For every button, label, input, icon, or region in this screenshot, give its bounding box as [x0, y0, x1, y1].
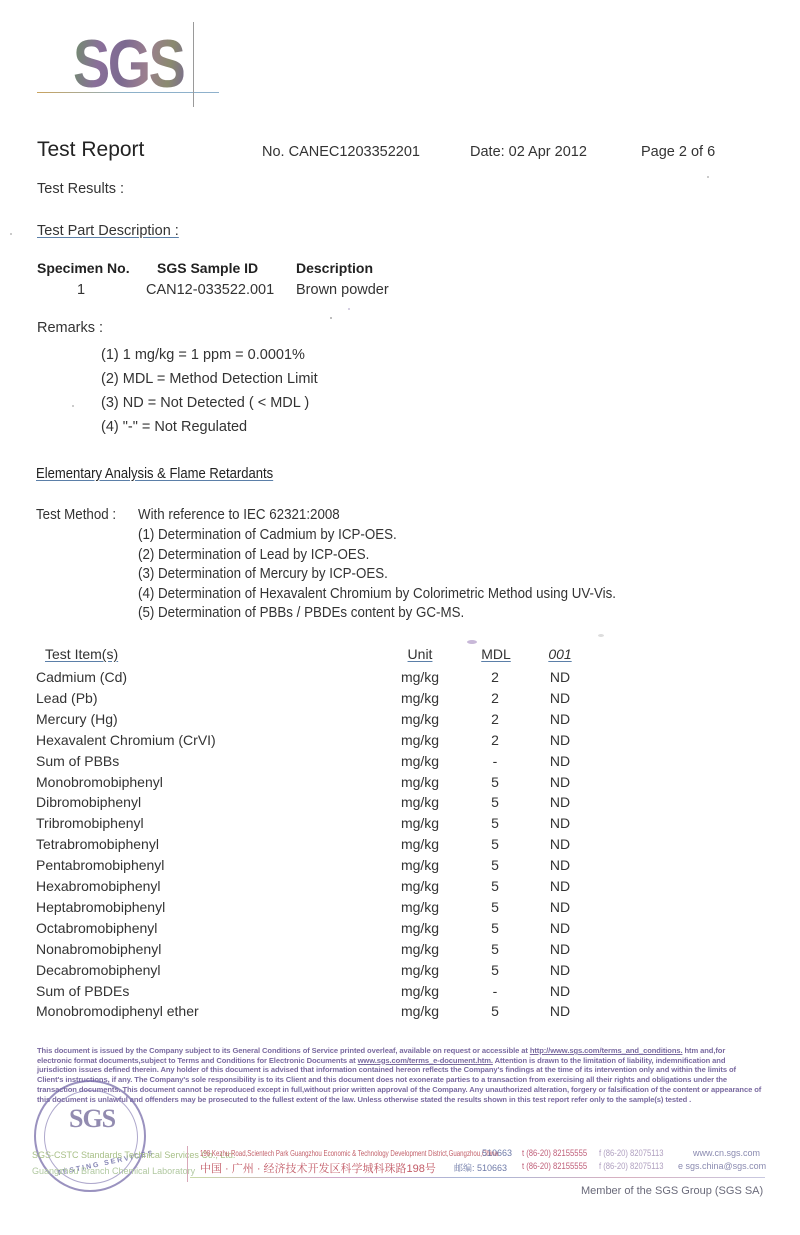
result-cell: ND [543, 711, 577, 727]
result-cell: ND [543, 815, 577, 831]
test-item-name: Dibromobiphenyl [36, 794, 141, 810]
terms-link[interactable]: http://www.sgs.com/terms_and_conditions. [530, 1046, 683, 1055]
address-english: 198 Kezhu Road,Scientech Park Guangzhou … [200, 1148, 498, 1158]
result-cell: ND [543, 669, 577, 685]
result-cell: ND [543, 899, 577, 915]
telephone: t (86-20) 82155555 [522, 1148, 587, 1158]
unit-cell: mg/kg [394, 1003, 446, 1019]
result-cell: ND [543, 794, 577, 810]
telephone-cn: t (86-20) 82155555 [522, 1161, 587, 1171]
remarks-label: Remarks : [37, 320, 103, 336]
specimen-no-value: 1 [77, 282, 85, 298]
test-method-item: (4) Determination of Hexavalent Chromium… [138, 586, 616, 602]
test-item-name: Lead (Pb) [36, 690, 97, 706]
sgs-group-membership: Member of the SGS Group (SGS SA) [581, 1185, 763, 1197]
result-cell: ND [543, 836, 577, 852]
table-row: Tetrabromobiphenylmg/kg5ND [0, 836, 800, 857]
test-item-name: Octabromobiphenyl [36, 920, 157, 936]
mdl-cell: 5 [480, 920, 510, 936]
test-item-name: Decabromobiphenyl [36, 962, 161, 978]
mdl-cell: 5 [480, 794, 510, 810]
unit-cell: mg/kg [394, 815, 446, 831]
logo-divider [193, 22, 194, 107]
test-results-label: Test Results : [37, 181, 124, 197]
fax-cn: f (86-20) 82075113 [599, 1161, 664, 1171]
remark-item: (4) "-" = Not Regulated [101, 419, 247, 435]
result-cell: ND [543, 878, 577, 894]
result-cell: ND [543, 690, 577, 706]
mdl-cell: 2 [480, 690, 510, 706]
result-cell: ND [543, 983, 577, 999]
test-method-item: (2) Determination of Lead by ICP-OES. [138, 547, 369, 563]
result-cell: ND [543, 857, 577, 873]
header-test-items: Test Item(s) [45, 646, 118, 662]
disclaimer-text: This document is issued by the Company s… [37, 1046, 530, 1055]
table-row: Monobromobiphenylmg/kg5ND [0, 774, 800, 795]
unit-cell: mg/kg [394, 983, 446, 999]
part-description-heading: Test Part Description : [37, 223, 179, 239]
test-item-name: Sum of PBBs [36, 753, 119, 769]
test-item-name: Heptabromobiphenyl [36, 899, 165, 915]
mdl-cell: 5 [480, 941, 510, 957]
stamp-logo: SGS [69, 1104, 115, 1134]
test-item-name: Hexavalent Chromium (CrVI) [36, 732, 216, 748]
unit-cell: mg/kg [394, 962, 446, 978]
table-row: Tribromobiphenylmg/kg5ND [0, 815, 800, 836]
table-row: Decabromobiphenylmg/kg5ND [0, 962, 800, 983]
mdl-cell: 5 [480, 836, 510, 852]
table-row: Sum of PBBsmg/kg-ND [0, 753, 800, 774]
table-row: Hexabromobiphenylmg/kg5ND [0, 878, 800, 899]
e-document-terms-link[interactable]: www.sgs.com/terms_e-document.htm. [358, 1056, 493, 1065]
postcode-cn: 邮编: 510663 [454, 1161, 507, 1174]
postcode: 510663 [482, 1148, 512, 1158]
result-cell: ND [543, 962, 577, 978]
table-row: Dibromobiphenylmg/kg5ND [0, 794, 800, 815]
test-item-name: Sum of PBDEs [36, 983, 129, 999]
mdl-cell: 5 [480, 857, 510, 873]
sgs-logo: SGS [73, 30, 183, 98]
result-cell: ND [543, 753, 577, 769]
test-item-name: Tribromobiphenyl [36, 815, 144, 831]
result-cell: ND [543, 774, 577, 790]
col-sample-id: SGS Sample ID [157, 260, 258, 276]
logo-rule [37, 92, 219, 93]
mdl-cell: 5 [480, 815, 510, 831]
table-row: Octabromobiphenylmg/kg5ND [0, 920, 800, 941]
test-item-name: Monobromobiphenyl [36, 774, 163, 790]
header-mdl: MDL [478, 646, 514, 662]
mdl-cell: 2 [480, 669, 510, 685]
mdl-cell: 5 [480, 774, 510, 790]
unit-cell: mg/kg [394, 794, 446, 810]
report-date: Date: 02 Apr 2012 [470, 144, 587, 160]
result-cell: ND [543, 732, 577, 748]
table-row: Cadmium (Cd)mg/kg2ND [0, 669, 800, 690]
test-item-name: Tetrabromobiphenyl [36, 836, 159, 852]
col-description: Description [296, 260, 373, 276]
test-item-name: Pentabromobiphenyl [36, 857, 164, 873]
laboratory-name: Guangzhou Branch Chemical Laboratory [32, 1166, 195, 1176]
mdl-cell: 2 [480, 711, 510, 727]
unit-cell: mg/kg [394, 774, 446, 790]
table-row: Monobromodiphenyl ethermg/kg5ND [0, 1003, 800, 1024]
unit-cell: mg/kg [394, 836, 446, 852]
section-title: Elementary Analysis & Flame Retardants [36, 466, 273, 482]
report-title: Test Report [37, 138, 144, 162]
table-row: Lead (Pb)mg/kg2ND [0, 690, 800, 711]
test-method-item: (5) Determination of PBBs / PBDEs conten… [138, 605, 464, 621]
result-cell: ND [543, 920, 577, 936]
unit-cell: mg/kg [394, 878, 446, 894]
table-row: Nonabromobiphenylmg/kg5ND [0, 941, 800, 962]
remark-item: (1) 1 mg/kg = 1 ppm = 0.0001% [101, 347, 305, 363]
mdl-cell: - [480, 983, 510, 999]
unit-cell: mg/kg [394, 753, 446, 769]
mdl-cell: 5 [480, 878, 510, 894]
footer-rule [190, 1177, 765, 1178]
mdl-cell: 2 [480, 732, 510, 748]
table-row: Pentabromobiphenylmg/kg5ND [0, 857, 800, 878]
unit-cell: mg/kg [394, 920, 446, 936]
unit-cell: mg/kg [394, 690, 446, 706]
page-indicator: Page 2 of 6 [641, 144, 715, 160]
unit-cell: mg/kg [394, 669, 446, 685]
remark-item: (2) MDL = Method Detection Limit [101, 371, 318, 387]
fax: f (86-20) 82075113 [599, 1148, 664, 1158]
header-sample-001: 001 [543, 646, 577, 662]
test-item-name: Monobromodiphenyl ether [36, 1003, 199, 1019]
address-chinese: 中国 · 广州 · 经济技术开发区科学城科珠路198号 [200, 1160, 436, 1176]
test-method-reference: With reference to IEC 62321:2008 [138, 507, 340, 523]
remark-item: (3) ND = Not Detected ( < MDL ) [101, 395, 309, 411]
unit-cell: mg/kg [394, 732, 446, 748]
test-item-name: Mercury (Hg) [36, 711, 118, 727]
table-row: Heptabromobiphenylmg/kg5ND [0, 899, 800, 920]
result-cell: ND [543, 1003, 577, 1019]
report-number: No. CANEC1203352201 [262, 144, 420, 160]
mdl-cell: 5 [480, 1003, 510, 1019]
website-link[interactable]: www.cn.sgs.com [693, 1148, 760, 1158]
col-specimen-no: Specimen No. [37, 260, 130, 276]
description-value: Brown powder [296, 282, 389, 298]
test-method-item: (3) Determination of Mercury by ICP-OES. [138, 566, 388, 582]
mdl-cell: 5 [480, 962, 510, 978]
mdl-cell: - [480, 753, 510, 769]
legal-disclaimer: This document is issued by the Company s… [37, 1046, 762, 1104]
test-item-name: Nonabromobiphenyl [36, 941, 161, 957]
test-method-item: (1) Determination of Cadmium by ICP-OES. [138, 527, 397, 543]
header-unit: Unit [394, 646, 446, 662]
unit-cell: mg/kg [394, 711, 446, 727]
footer-divider [187, 1146, 188, 1182]
unit-cell: mg/kg [394, 941, 446, 957]
test-item-name: Hexabromobiphenyl [36, 878, 161, 894]
unit-cell: mg/kg [394, 857, 446, 873]
table-row: Hexavalent Chromium (CrVI)mg/kg2ND [0, 732, 800, 753]
email-link[interactable]: e sgs.china@sgs.com [678, 1161, 766, 1171]
mdl-cell: 5 [480, 899, 510, 915]
sample-id-value: CAN12-033522.001 [146, 282, 274, 298]
test-item-name: Cadmium (Cd) [36, 669, 127, 685]
table-row: Mercury (Hg)mg/kg2ND [0, 711, 800, 732]
table-row: Sum of PBDEsmg/kg-ND [0, 983, 800, 1004]
unit-cell: mg/kg [394, 899, 446, 915]
result-cell: ND [543, 941, 577, 957]
test-method-label: Test Method : [36, 507, 116, 523]
